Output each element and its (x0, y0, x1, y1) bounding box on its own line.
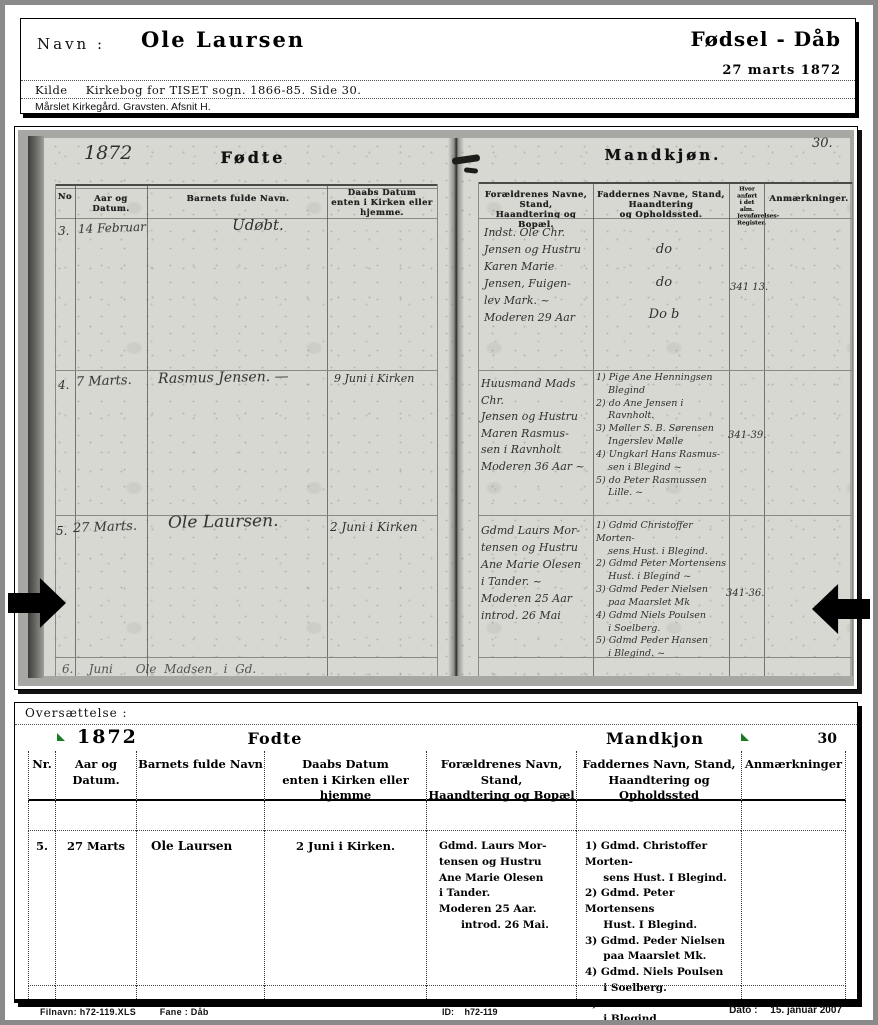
name-label: Navn : (37, 35, 105, 53)
entry-3-register: 341 13. (730, 282, 768, 293)
filler-cell (426, 986, 576, 999)
spacer-cell (136, 801, 264, 831)
comment-marker-icon (741, 733, 749, 741)
entry-3-nr: 3. (58, 224, 69, 238)
id-value: h72-119 (465, 1007, 498, 1017)
footer-id: ID: h72-119 (442, 1007, 498, 1017)
rule (593, 182, 594, 676)
entry-4-name: Rasmus Jensen. — (158, 369, 289, 387)
record-date: 27 marts 1872 (722, 63, 841, 78)
entry-4-date: 7 Marts. (76, 373, 132, 390)
source-label: Kilde (35, 83, 68, 97)
filler-cell (576, 986, 741, 999)
scan-page-number: 30. (812, 136, 833, 151)
entry-4-nr: 4. (58, 378, 69, 392)
filler-cell (55, 986, 136, 999)
rule (437, 184, 438, 676)
spacer-cell (576, 801, 741, 831)
row-anm (741, 831, 846, 986)
translation-right-title: Mandkjon (555, 729, 755, 748)
rule (327, 184, 328, 676)
row-date: 27 Marts (55, 831, 136, 986)
col-header-faddere: Faddernes Navn, Stand, Haandtering og Op… (576, 751, 741, 801)
id-label: ID: (442, 1007, 454, 1017)
translation-year: 1872 (77, 726, 138, 748)
translation-page-number: 30 (818, 731, 837, 747)
file-name: h72-119.XLS (80, 1007, 136, 1017)
filler-cell (741, 986, 846, 999)
row-rule (55, 657, 437, 658)
entry-3-faddere: do do Do b (624, 234, 704, 332)
entry-3-parents: Indst. Ole Chr. Jensen og Hustru Karen M… (484, 224, 590, 326)
entry-5-date: 27 Marts. (73, 519, 137, 536)
filler-cell (264, 986, 426, 999)
source-line-2: Mårslet Kirkegård. Gravsten. Afsnit H. (35, 101, 211, 113)
rule (55, 184, 437, 186)
entry-3-date: 14 Februar (78, 220, 146, 236)
spacer-cell (55, 801, 136, 831)
col-header-daabs: Daabs Datum enten i Kirken eller hjemme (264, 751, 426, 801)
col-header-nr: Nr. (28, 751, 55, 801)
record-sheet: Navn : Ole Laursen Fødsel - Dåb 27 marts… (0, 0, 878, 1025)
row-nr: 5. (28, 831, 55, 986)
filler-cell (28, 986, 55, 999)
entry-4-parents: Huusmand Mads Chr. Jensen og Hustru Mare… (481, 376, 591, 475)
date-label: Dato : (729, 1005, 757, 1016)
church-book-scan: 1872 Fødte No Aar og Datum. Barnets fuld… (18, 130, 854, 686)
entry-5-parents: Gdmd Laurs Mor- tensen og Hustru Ane Mar… (481, 522, 591, 624)
entry-6-partial: 6. Juni Ole Madsen i Gd. (62, 662, 442, 676)
rule (764, 182, 765, 676)
scan-box: 1872 Fødte No Aar og Datum. Barnets fuld… (14, 126, 858, 690)
divider (21, 80, 855, 81)
spacer-cell (426, 801, 576, 831)
scan-col-faddere: Faddernes Navne, Stand, Haandtering og O… (596, 190, 726, 220)
footer: Filnavn: h72-119.XLS Fane : Dåb ID: h72-… (14, 1005, 864, 1020)
row-name: Ole Laursen (136, 831, 264, 986)
rule (478, 182, 479, 676)
scan-left-title: Fødte (178, 148, 328, 167)
rule (75, 184, 76, 676)
scan-col-no: No (56, 192, 74, 202)
header-box: Navn : Ole Laursen Fødsel - Dåb 27 marts… (20, 18, 856, 114)
record-type: Fødsel - Dåb (690, 27, 841, 51)
spacer-cell (741, 801, 846, 831)
entry-5-register: 341-36. (726, 588, 764, 599)
footer-file-info: Filnavn: h72-119.XLS Fane : Dåb (40, 1007, 209, 1017)
spacer-cell (264, 801, 426, 831)
row-rule (478, 370, 852, 371)
rule (478, 218, 852, 219)
translation-box: Oversættelse : 1872 Fodte Mandkjon 30 Nr… (14, 702, 858, 1003)
date-value: 15. januar 2007 (770, 1005, 842, 1016)
book-fold (448, 138, 464, 676)
scan-col-aar: Aar og Datum. (76, 194, 146, 214)
tab-label: Fane : Dåb (160, 1007, 209, 1017)
comment-marker-icon (57, 733, 65, 741)
person-name: Ole Laursen (141, 27, 305, 52)
translation-left-title: Fodte (195, 729, 355, 748)
footer-date: Dato : 15. januar 2007 (729, 1005, 842, 1016)
entry-4-daab: 9 Juni i Kirken (334, 372, 414, 385)
filler-cell (136, 986, 264, 999)
col-header-barnets: Barnets fulde Navn (136, 751, 264, 801)
scan-right-title: Mandkjøn. (578, 146, 748, 164)
rule (729, 182, 730, 676)
entry-5-name: Ole Laursen. (168, 511, 279, 533)
scan-year-handwritten: 1872 (84, 142, 132, 164)
entry-5-faddere: 1) Gdmd Christoffer Morten- sens Hust. i… (596, 520, 728, 674)
scan-col-barnets: Barnets fulde Navn. (158, 194, 318, 204)
entry-5-nr: 5. (56, 524, 67, 538)
entry-4-faddere: 1) Pige Ane Henningsen Blegind 2) do Ane… (596, 372, 728, 512)
source-line: Kilde Kirkebog for TISET sogn. 1866-85. … (35, 83, 361, 97)
scan-col-daabs: Daabs Datum enten i Kirken eller hjemme. (330, 188, 434, 218)
col-header-aar: Aar og Datum. (55, 751, 136, 801)
scan-col-anm: Anmærkninger. (768, 194, 850, 204)
entry-3-name: Udøbt. (198, 216, 318, 234)
col-header-anm: Anmærkninger (741, 751, 846, 801)
scan-col-register: Hvor anført i det alm. Jevnførelses- Reg… (737, 186, 757, 226)
row-parents: Gdmd. Laurs Mor- tensen og Hustru Ane Ma… (426, 831, 576, 986)
entry-5-daab: 2 Juni i Kirken (330, 520, 418, 534)
row-rule (478, 515, 852, 516)
divider (21, 98, 855, 99)
translation-label: Oversættelse : (25, 706, 128, 720)
row-faddere: 1) Gdmd. Christoffer Morten- sens Hust. … (576, 831, 741, 986)
col-header-parents: Forældrenes Navn, Stand, Haandtering og … (426, 751, 576, 801)
spacer-cell (28, 801, 55, 831)
entry-4-register: 341-39. (728, 430, 766, 441)
rule (147, 184, 148, 676)
row-daab: 2 Juni i Kirken. (264, 831, 426, 986)
file-label: Filnavn: (40, 1007, 77, 1017)
rule (478, 182, 852, 184)
translation-table: Nr. Aar og Datum. Barnets fulde Navn Daa… (28, 751, 846, 999)
source-text: Kirkebog for TISET sogn. 1866-85. Side 3… (86, 83, 362, 97)
divider (15, 724, 857, 725)
